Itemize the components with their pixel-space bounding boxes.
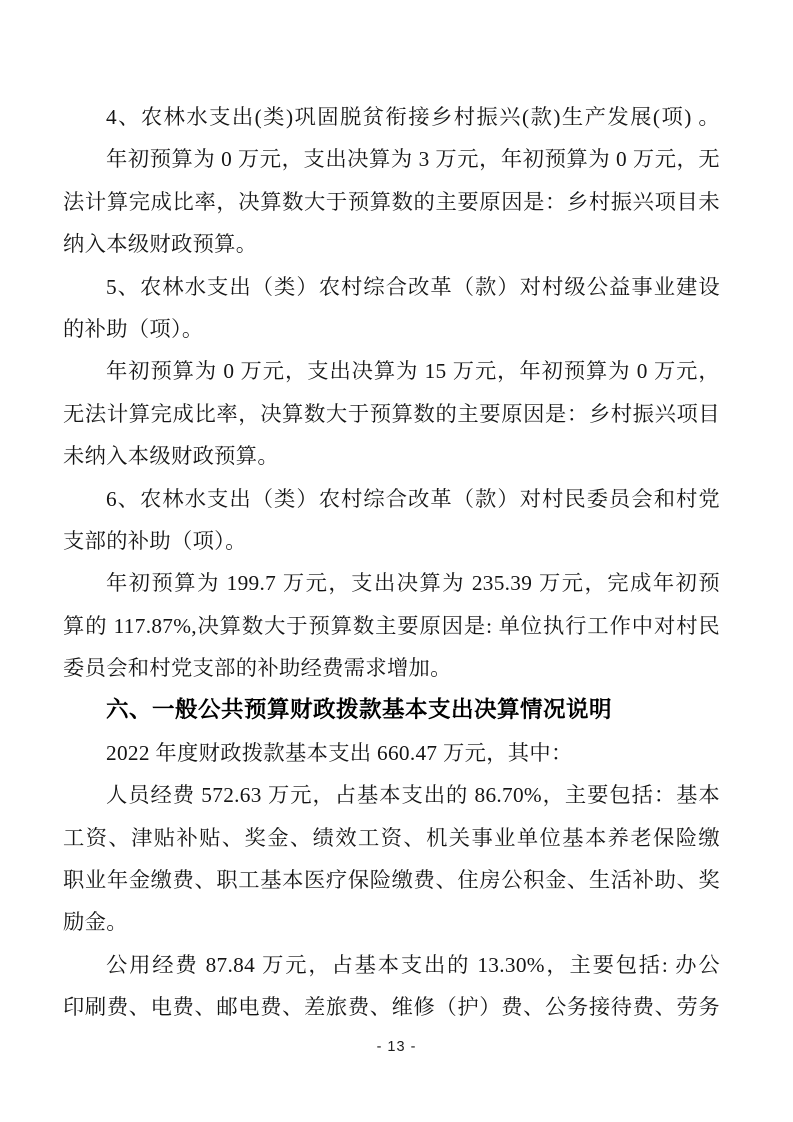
text-line: 算的 117.87%,决算数大于预算数主要原因是: 单位执行工作中对村民 (63, 605, 720, 647)
text-line: 法计算完成比率，决算数大于预算数的主要原因是：乡村振兴项目未 (63, 181, 720, 223)
document-body: 4、农林水支出(类)巩固脱贫衔接乡村振兴(款)生产发展(项) 。年初预算为 0 … (63, 96, 720, 1029)
text-line: 年初预算为 0 万元，支出决算为 15 万元，年初预算为 0 万元， (63, 350, 720, 392)
text-line: 6、农林水支出（类）农村综合改革（款）对村民委员会和村党 (63, 478, 720, 520)
text-line: 2022 年度财政拨款基本支出 660.47 万元，其中： (63, 732, 720, 774)
text-line: 未纳入本级财政预算。 (63, 435, 720, 477)
text-line: 5、农林水支出（类）农村综合改革（款）对村级公益事业建设 (63, 266, 720, 308)
text-line: 委员会和村党支部的补助经费需求增加。 (63, 647, 720, 689)
document-page: 4、农林水支出(类)巩固脱贫衔接乡村振兴(款)生产发展(项) 。年初预算为 0 … (0, 0, 793, 1122)
text-line: 年初预算为 0 万元，支出决算为 3 万元，年初预算为 0 万元，无 (63, 138, 720, 180)
text-line: 纳入本级财政预算。 (63, 223, 720, 265)
text-line: 的补助（项）。 (63, 308, 720, 350)
text-line: 印刷费、电费、邮电费、差旅费、维修（护）费、公务接待费、劳务 (63, 986, 720, 1028)
section-heading: 六、一般公共预算财政拨款基本支出决算情况说明 (63, 689, 720, 731)
text-line: 年初预算为 199.7 万元，支出决算为 235.39 万元，完成年初预 (63, 562, 720, 604)
text-line: 人员经费 572.63 万元，占基本支出的 86.70%，主要包括：基本 (63, 774, 720, 816)
text-line: 励金。 (63, 901, 720, 943)
page-number: - 13 - (0, 1036, 793, 1058)
text-line: 支部的补助（项）。 (63, 520, 720, 562)
text-line: 4、农林水支出(类)巩固脱贫衔接乡村振兴(款)生产发展(项) 。 (63, 96, 720, 138)
text-line: 工资、津贴补贴、奖金、绩效工资、机关事业单位基本养老保险缴费、 (63, 817, 720, 859)
text-line: 职业年金缴费、职工基本医疗保险缴费、住房公积金、生活补助、奖 (63, 859, 720, 901)
text-line: 公用经费 87.84 万元，占基本支出的 13.30%，主要包括: 办公费、 (63, 944, 720, 986)
text-line: 无法计算完成比率，决算数大于预算数的主要原因是：乡村振兴项目 (63, 393, 720, 435)
